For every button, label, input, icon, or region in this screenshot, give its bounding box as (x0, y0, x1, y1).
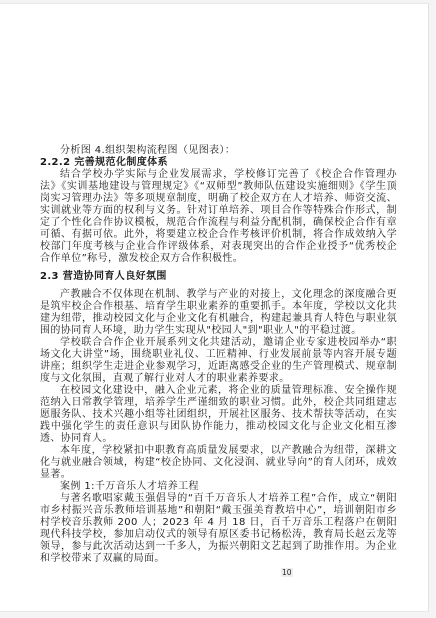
paragraph-regulation-system: 结合学校办学实际与企业发展需求，学校修订完善了《校企合作管理办法》《实训基地建设… (40, 169, 397, 265)
analysis-note: 分析图 4.组织架构流程图（见图表）： (40, 145, 397, 157)
document-viewer: 分析图 4.组织架构流程图（见图表）： 2.2.2 完善规范化制度体系 结合学校… (0, 0, 436, 618)
paragraph-campus-culture: 在校园文化建设中，融入企业元素，将企业的质量管理标准、安全操作规范纳入日常教学管… (40, 385, 397, 445)
section-heading-2-3: 2.3 营造协同育人良好氛围 (40, 271, 397, 283)
page-number: 10 (281, 568, 293, 577)
paragraph-culture-integration: 产教融合不仅体现在机制、教学与产业的对接上，文化理念的深度融合更是筑牢校企合作根… (40, 289, 397, 337)
paragraph-annual-summary: 本年度，学校紧扣中职教育高质量发展要求，以产教融合为纽带，深耕文化与就业融合领域… (40, 445, 397, 481)
section-heading-2-2-2: 2.2.2 完善规范化制度体系 (40, 157, 397, 169)
document-body: 分析图 4.组织架构流程图（见图表）： 2.2.2 完善规范化制度体系 结合学校… (40, 145, 397, 565)
paragraph-culture-activities: 学校联合合作企业开展系列文化共建活动，邀请企业专家进校园举办“职场文化大讲堂”场… (40, 337, 397, 385)
paragraph-case-detail: 与著名歌唱家戴玉强倡导的“百千万音乐人才培养工程”合作，成立“朝阳市乡村振兴音乐… (40, 493, 397, 565)
case-title: 案例 1:千万音乐人才培养工程 (40, 481, 397, 493)
document-page: 分析图 4.组织架构流程图（见图表）： 2.2.2 完善规范化制度体系 结合学校… (0, 3, 429, 612)
